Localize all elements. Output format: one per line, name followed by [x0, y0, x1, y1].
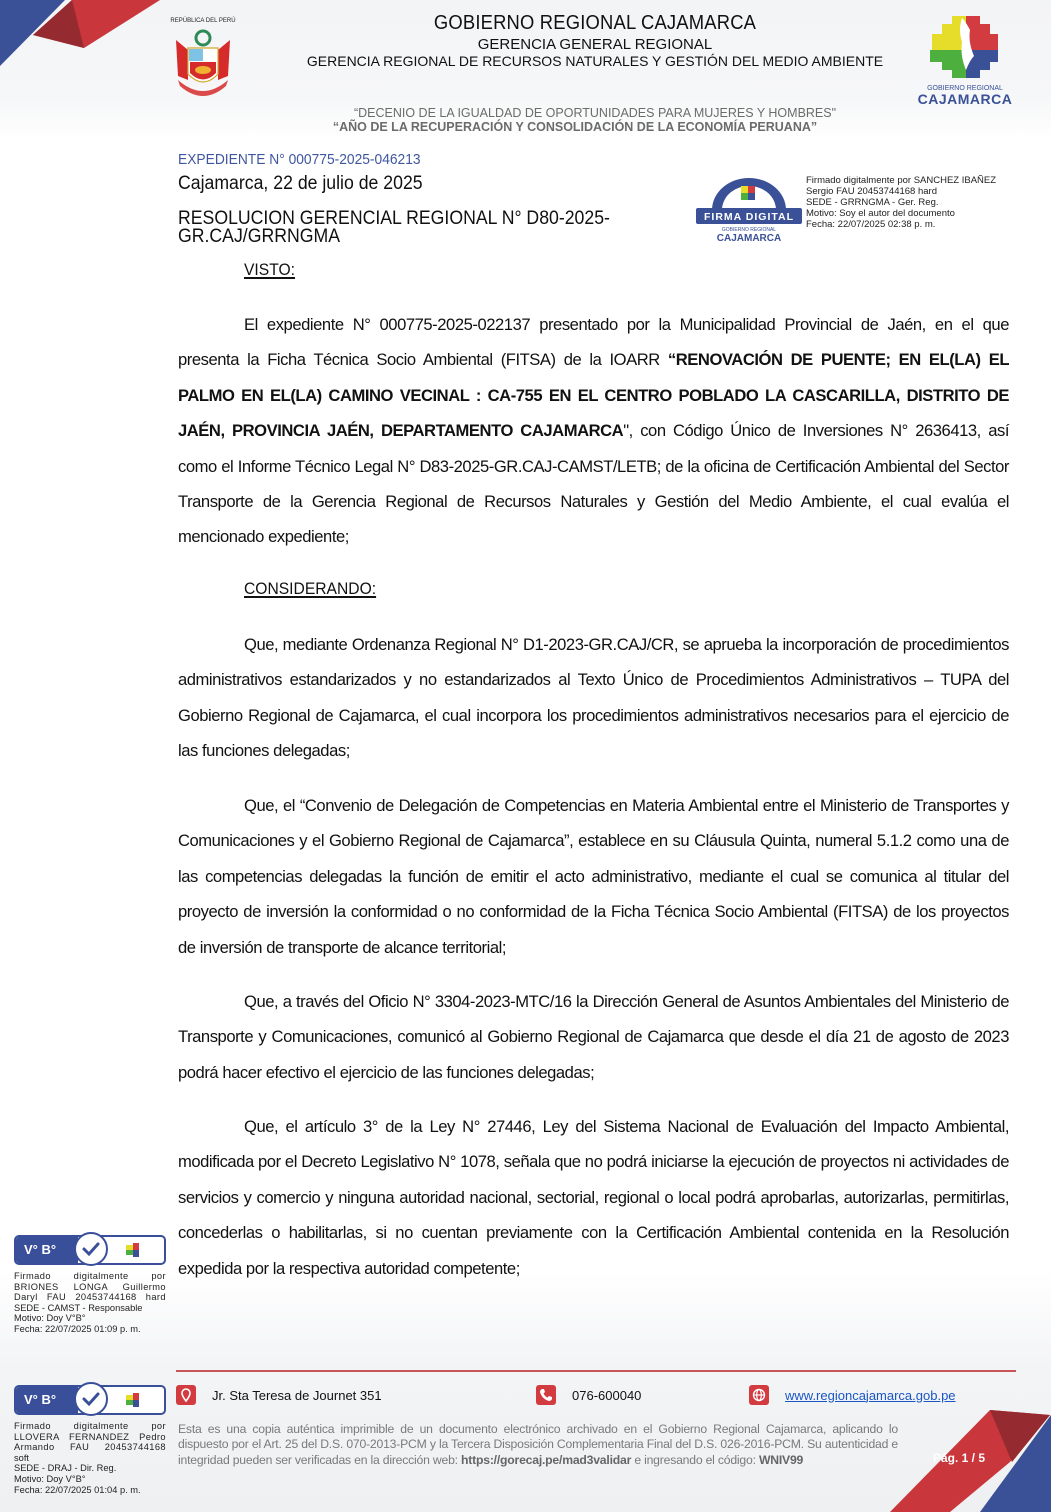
vb-signature-details: Firmado digitalmente por LLOVERA FERNAND… — [14, 1421, 166, 1495]
vb-signature-1: V° B° Firmado digitalmente por BRIONES L… — [14, 1235, 166, 1335]
signature-line: BRIONES LONGA Guillermo — [14, 1282, 166, 1293]
signature-line: SEDE - DRAJ - Dir. Reg. — [14, 1463, 166, 1474]
signature-line: Daryl FAU 20453744168 hard — [14, 1292, 166, 1303]
section-heading-considerando: CONSIDERANDO: — [244, 579, 376, 599]
motto-decade: “DECENIO DE LA IGUALDAD DE OPORTUNIDADES… — [280, 106, 910, 120]
page-number: Pág. 1 / 5 — [933, 1451, 985, 1465]
chakana-mini-icon — [124, 1391, 142, 1409]
phone-text: 076-600040 — [572, 1388, 641, 1403]
vb-signature-2: V° B° Firmado digitalmente por LLOVERA F… — [14, 1385, 166, 1495]
globe-icon — [749, 1385, 769, 1405]
phone-icon — [536, 1385, 556, 1405]
svg-text:CAJAMARCA: CAJAMARCA — [717, 233, 781, 244]
corner-decoration-top-left — [0, 0, 170, 70]
paragraph-considerando-1: Que, mediante Ordenanza Regional N° D1-2… — [178, 627, 1009, 769]
signature-line: soft — [14, 1453, 166, 1464]
signature-line: Fecha: 22/07/2025 01:09 p. m. — [14, 1324, 166, 1335]
document-date: Cajamarca, 22 de julio de 2025 — [178, 173, 423, 195]
gobierno-regional-cajamarca-logo: GOBIERNO REGIONAL CAJAMARCA — [910, 12, 1020, 104]
section-heading-visto: VISTO: — [244, 260, 295, 280]
signature-line: Sergio FAU 20453744168 hard — [806, 186, 996, 197]
checkmark-icon — [74, 1382, 108, 1416]
signature-line: Armando FAU 20453744168 — [14, 1442, 166, 1453]
authenticity-notice: Esta es una copia auténtica imprimible d… — [178, 1422, 898, 1468]
signature-line: Motivo: Soy el autor del documento — [806, 208, 996, 219]
signature-line: Firmado digitalmente por SANCHEZ IBAÑEZ — [806, 175, 996, 186]
vb-badge: V° B° — [14, 1235, 166, 1265]
chakana-icon — [910, 12, 1020, 82]
paragraph-considerando-2: Que, el “Convenio de Delegación de Compe… — [178, 788, 1009, 965]
org-department: GERENCIA REGIONAL DE RECURSOS NATURALES … — [300, 53, 890, 69]
checkmark-icon — [74, 1232, 108, 1266]
footer-phone: 076-600040 — [536, 1385, 641, 1405]
logo-caption-big: CAJAMARCA — [910, 91, 1020, 107]
signature-line: SEDE - CAMST - Responsable — [14, 1303, 166, 1314]
signature-line: Motivo: Doy V°B° — [14, 1313, 166, 1324]
svg-text:FIRMA DIGITAL: FIRMA DIGITAL — [704, 211, 794, 223]
signature-line: Motivo: Doy V°B° — [14, 1474, 166, 1485]
signature-line: Firmado digitalmente por — [14, 1271, 166, 1282]
firma-digital-seal: FIRMA DIGITAL GOBIERNO REGIONAL CAJAMARC… — [694, 172, 804, 244]
notice-text: e ingresando el código: — [631, 1453, 759, 1467]
website-link[interactable]: www.regioncajamarca.gob.pe — [785, 1388, 956, 1403]
vb-signature-details: Firmado digitalmente por BRIONES LONGA G… — [14, 1271, 166, 1335]
validation-code: WNIV99 — [759, 1453, 803, 1467]
location-pin-icon — [176, 1385, 196, 1405]
signature-line: SEDE - GRRNGMA - Ger. Reg. — [806, 197, 996, 208]
firma-digital-badge-icon: FIRMA DIGITAL GOBIERNO REGIONAL CAJAMARC… — [694, 172, 804, 244]
vb-label: V° B° — [16, 1237, 78, 1263]
validation-url[interactable]: https://gorecaj.pe/mad3validar — [461, 1453, 631, 1467]
vb-badge: V° B° — [14, 1385, 166, 1415]
org-name: GOBIERNO REGIONAL CAJAMARCA — [324, 12, 867, 35]
expediente-number: EXPEDIENTE N° 000775-2025-046213 — [178, 151, 421, 168]
signature-line: LLOVERA FERNANDEZ Pedro — [14, 1432, 166, 1443]
signature-line: Fecha: 22/07/2025 02:38 p. m. — [806, 219, 996, 230]
motto-year: “AÑO DE LA RECUPERACIÓN Y CONSOLIDACIÓN … — [240, 120, 910, 134]
paragraph-considerando-4: Que, el artículo 3° de la Ley N° 27446, … — [178, 1109, 1009, 1286]
peru-coat-of-arms-icon: REPÚBLICA DEL PERÚ — [168, 10, 238, 102]
paragraph-visto: El expediente N° 000775-2025-022137 pres… — [178, 307, 1009, 555]
footer-address: Jr. Sta Teresa de Journet 351 — [176, 1385, 382, 1405]
paragraph-considerando-3: Que, a través del Oficio N° 3304-2023-MT… — [178, 984, 1009, 1090]
address-text: Jr. Sta Teresa de Journet 351 — [212, 1388, 382, 1403]
svg-text:REPÚBLICA DEL PERÚ: REPÚBLICA DEL PERÚ — [170, 17, 235, 24]
resolution-title: RESOLUCION GERENCIAL REGIONAL N° D80-202… — [178, 210, 643, 246]
letterhead: GOBIERNO REGIONAL CAJAMARCA GERENCIA GEN… — [300, 12, 890, 69]
footer-website: www.regioncajamarca.gob.pe — [749, 1385, 956, 1405]
mottos: “DECENIO DE LA IGUALDAD DE OPORTUNIDADES… — [280, 106, 910, 134]
resolution-title-line2: GR.CAJ/GRRNGMA — [178, 228, 643, 246]
org-subunit: GERENCIA GENERAL REGIONAL — [300, 36, 890, 53]
signature-line: Firmado digitalmente por — [14, 1421, 166, 1432]
footer-divider — [176, 1370, 1016, 1372]
main-signature-details: Firmado digitalmente por SANCHEZ IBAÑEZ … — [806, 175, 996, 230]
vb-label: V° B° — [16, 1387, 78, 1413]
chakana-mini-icon — [124, 1241, 142, 1259]
signature-line: Fecha: 22/07/2025 01:04 p. m. — [14, 1485, 166, 1496]
